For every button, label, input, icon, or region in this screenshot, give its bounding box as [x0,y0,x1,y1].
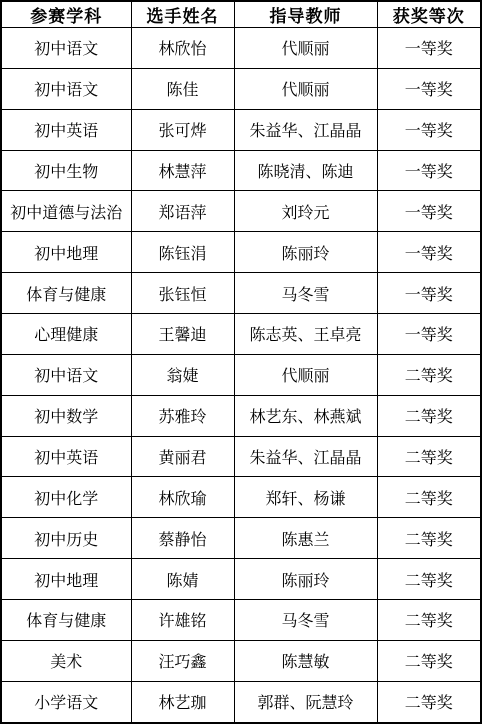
cell-contestant: 蔡静怡 [131,518,234,559]
table-row: 初中语文林欣怡代顺丽一等奖 [1,28,481,69]
table-row: 心理健康王馨迪陈志英、王卓亮一等奖 [1,314,481,355]
column-header-contestant: 选手姓名 [131,1,234,28]
cell-teacher: 刘玲元 [234,191,377,232]
cell-award: 一等奖 [377,191,481,232]
table-row: 初中历史蔡静怡陈惠兰二等奖 [1,518,481,559]
cell-subject: 体育与健康 [1,600,131,641]
cell-contestant: 林慧萍 [131,150,234,191]
cell-teacher: 代顺丽 [234,68,377,109]
table-row: 初中生物林慧萍陈晓清、陈迪一等奖 [1,150,481,191]
cell-award: 一等奖 [377,314,481,355]
cell-contestant: 黄丽君 [131,436,234,477]
cell-award: 一等奖 [377,273,481,314]
table-row: 初中语文翁婕代顺丽二等奖 [1,354,481,395]
cell-teacher: 代顺丽 [234,354,377,395]
cell-contestant: 陈佳 [131,68,234,109]
cell-teacher: 马冬雪 [234,600,377,641]
cell-contestant: 林艺珈 [131,681,234,723]
table-row: 初中数学苏雅玲林艺东、林燕斌二等奖 [1,395,481,436]
column-header-subject: 参赛学科 [1,1,131,28]
cell-contestant: 张钰恒 [131,273,234,314]
table-row: 体育与健康张钰恒马冬雪一等奖 [1,273,481,314]
cell-teacher: 郑轩、杨谦 [234,477,377,518]
cell-award: 二等奖 [377,681,481,723]
table-row: 初中道德与法治郑语萍刘玲元一等奖 [1,191,481,232]
table-row: 初中地理陈钰涓陈丽玲一等奖 [1,232,481,273]
table-row: 体育与健康许雄铭马冬雪二等奖 [1,600,481,641]
cell-teacher: 郭群、阮慧玲 [234,681,377,723]
cell-subject: 心理健康 [1,314,131,355]
cell-subject: 初中英语 [1,109,131,150]
cell-subject: 初中语文 [1,68,131,109]
column-header-award: 获奖等次 [377,1,481,28]
table-row: 初中英语黄丽君朱益华、江晶晶二等奖 [1,436,481,477]
table-row: 美术汪巧鑫陈慧敏二等奖 [1,640,481,681]
cell-subject: 初中地理 [1,232,131,273]
cell-subject: 初中语文 [1,28,131,69]
cell-teacher: 陈丽玲 [234,559,377,600]
header-row: 参赛学科选手姓名指导教师获奖等次 [1,1,481,28]
cell-subject: 初中道德与法治 [1,191,131,232]
cell-teacher: 马冬雪 [234,273,377,314]
cell-subject: 体育与健康 [1,273,131,314]
cell-award: 一等奖 [377,68,481,109]
cell-contestant: 王馨迪 [131,314,234,355]
cell-teacher: 陈丽玲 [234,232,377,273]
cell-contestant: 汪巧鑫 [131,640,234,681]
cell-contestant: 许雄铭 [131,600,234,641]
table-row: 初中地理陈婧陈丽玲二等奖 [1,559,481,600]
cell-subject: 初中英语 [1,436,131,477]
cell-subject: 小学语文 [1,681,131,723]
cell-subject: 初中数学 [1,395,131,436]
cell-award: 二等奖 [377,518,481,559]
cell-subject: 美术 [1,640,131,681]
cell-award: 二等奖 [377,395,481,436]
cell-teacher: 陈慧敏 [234,640,377,681]
cell-award: 二等奖 [377,436,481,477]
cell-subject: 初中化学 [1,477,131,518]
cell-teacher: 陈惠兰 [234,518,377,559]
column-header-teacher: 指导教师 [234,1,377,28]
cell-subject: 初中语文 [1,354,131,395]
cell-contestant: 张可烨 [131,109,234,150]
cell-teacher: 陈晓清、陈迪 [234,150,377,191]
table-row: 初中英语张可烨朱益华、江晶晶一等奖 [1,109,481,150]
cell-contestant: 苏雅玲 [131,395,234,436]
cell-teacher: 陈志英、王卓亮 [234,314,377,355]
cell-subject: 初中生物 [1,150,131,191]
cell-teacher: 代顺丽 [234,28,377,69]
table-row: 初中化学林欣瑜郑轩、杨谦二等奖 [1,477,481,518]
cell-teacher: 朱益华、江晶晶 [234,436,377,477]
cell-teacher: 林艺东、林燕斌 [234,395,377,436]
cell-contestant: 林欣瑜 [131,477,234,518]
cell-subject: 初中地理 [1,559,131,600]
cell-contestant: 翁婕 [131,354,234,395]
cell-teacher: 朱益华、江晶晶 [234,109,377,150]
table-row: 小学语文林艺珈郭群、阮慧玲二等奖 [1,681,481,723]
cell-award: 一等奖 [377,28,481,69]
award-results-table: 参赛学科选手姓名指导教师获奖等次 初中语文林欣怡代顺丽一等奖初中语文陈佳代顺丽一… [0,0,482,724]
cell-award: 一等奖 [377,109,481,150]
cell-award: 二等奖 [377,354,481,395]
cell-award: 一等奖 [377,232,481,273]
cell-award: 二等奖 [377,640,481,681]
cell-subject: 初中历史 [1,518,131,559]
cell-contestant: 陈婧 [131,559,234,600]
cell-award: 二等奖 [377,559,481,600]
cell-contestant: 陈钰涓 [131,232,234,273]
table-body: 初中语文林欣怡代顺丽一等奖初中语文陈佳代顺丽一等奖初中英语张可烨朱益华、江晶晶一… [1,28,481,724]
cell-contestant: 郑语萍 [131,191,234,232]
cell-award: 二等奖 [377,600,481,641]
cell-award: 二等奖 [377,477,481,518]
cell-contestant: 林欣怡 [131,28,234,69]
table-row: 初中语文陈佳代顺丽一等奖 [1,68,481,109]
cell-award: 一等奖 [377,150,481,191]
